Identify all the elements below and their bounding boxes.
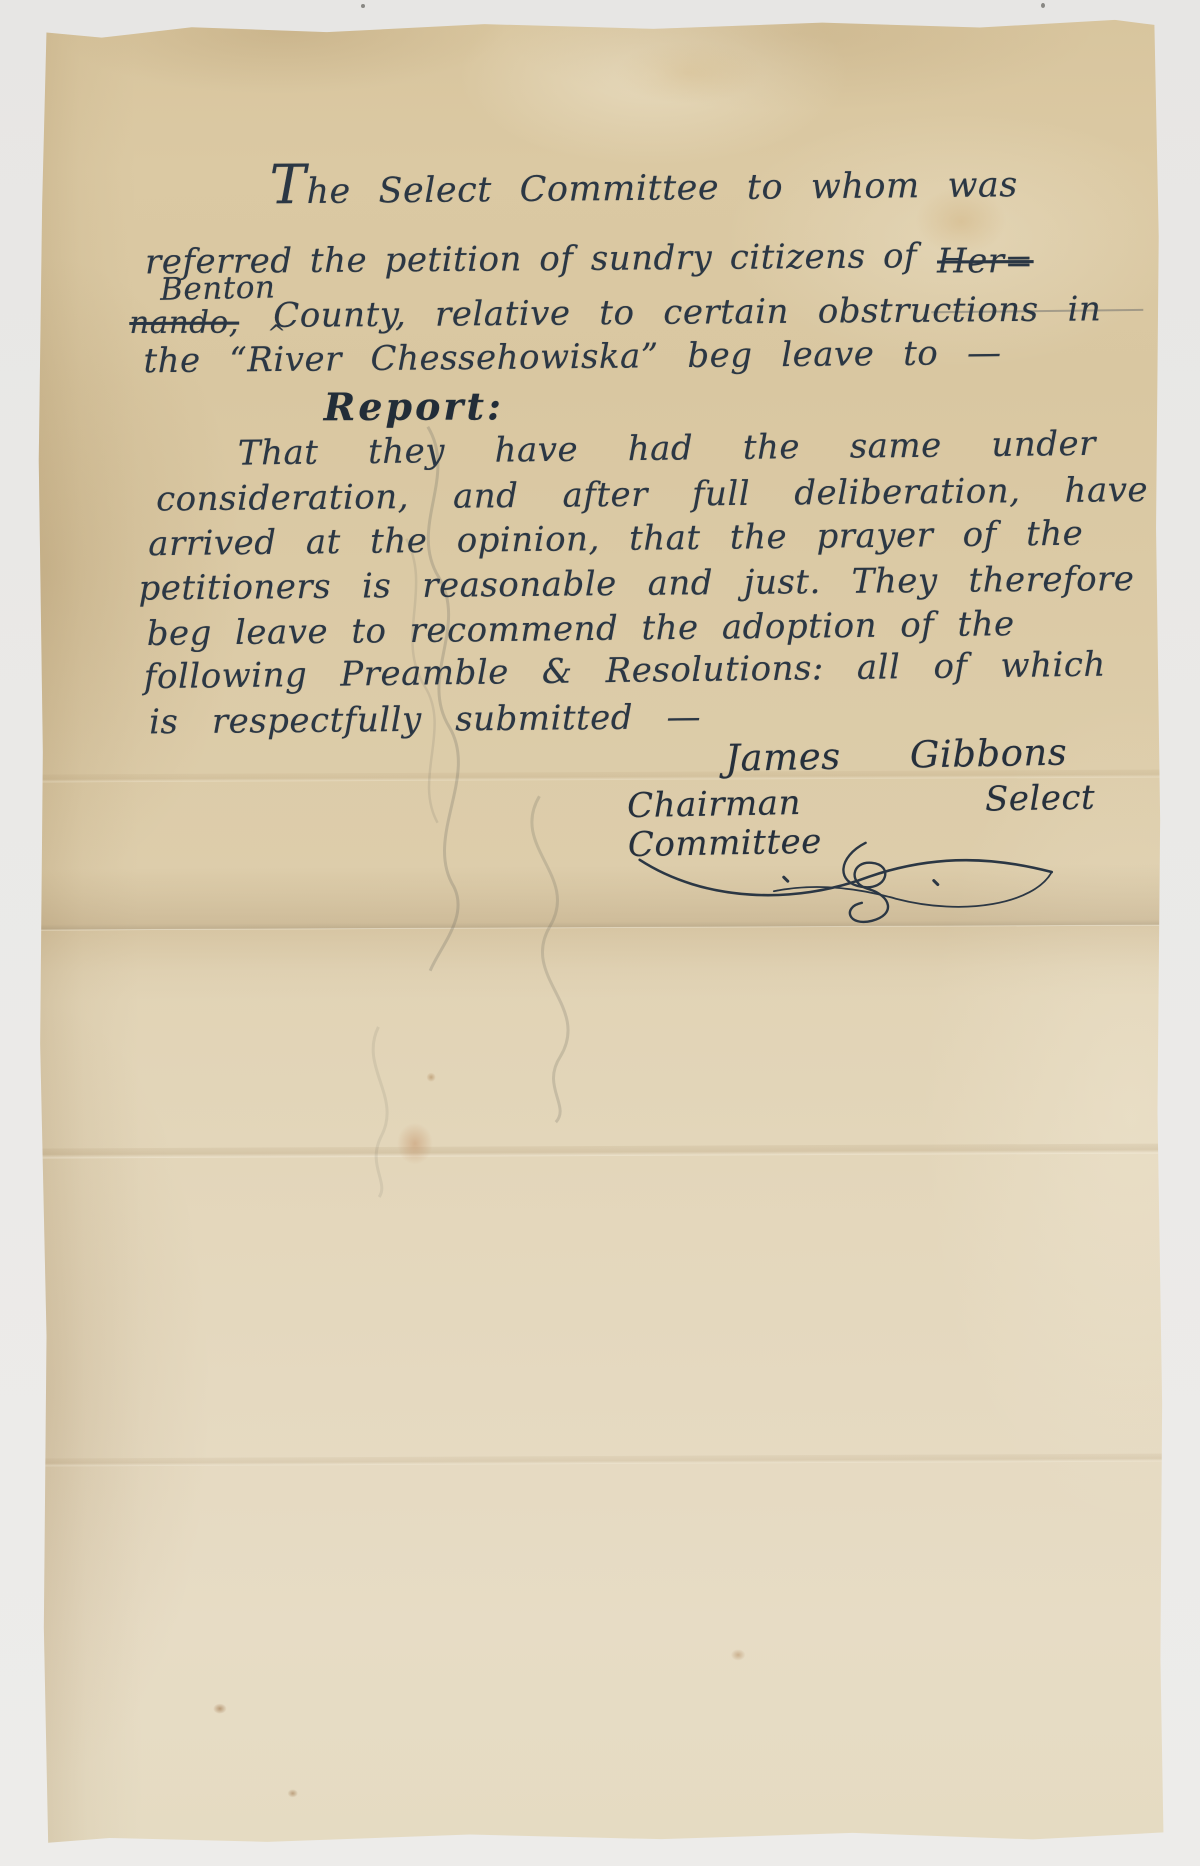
inserted-word-benton: Benton <box>160 270 276 308</box>
manuscript-line-3: County, relative to certain obstructions… <box>273 290 1101 336</box>
paper-stain <box>731 1649 745 1660</box>
background-speck <box>1041 3 1045 8</box>
manuscript-line-10: following Preamble & Resolutions: all of… <box>144 646 1106 698</box>
paper-stain <box>213 1704 226 1714</box>
flourish-stroke <box>843 843 888 922</box>
manuscript-line-5: That they have had the same under <box>238 425 1096 474</box>
bleedthrough-stroke <box>532 796 569 1122</box>
fold-crease <box>39 1144 1165 1159</box>
paper-stain <box>614 41 764 104</box>
ink-bleedthrough <box>318 1021 439 1202</box>
ink-bleedthrough <box>467 788 628 1129</box>
fold-crease <box>40 1454 1166 1467</box>
manuscript-line-1: The Select Committee to whom was <box>270 156 1018 212</box>
struck-word-hernando-part2: nando, <box>129 306 239 342</box>
signature-flourish <box>634 820 1075 947</box>
manuscript-line-6: consideration, and after full deliberati… <box>156 471 1148 520</box>
manuscript-paper: The Select Committee to whom was referre… <box>34 18 1168 1847</box>
manuscript-line-4: the “River Chessehowiska” beg leave to — <box>143 334 1001 381</box>
report-heading: Report: <box>324 384 504 428</box>
scan-background: The Select Committee to whom was referre… <box>0 0 1200 1866</box>
struck-word-hernando-part1: Her= <box>937 242 1034 282</box>
manuscript-line-11: is respectfully submitted — <box>149 698 701 742</box>
background-speck <box>361 4 365 8</box>
flourish-stroke <box>774 872 1052 908</box>
signature-name: James Gibbons <box>725 732 1068 781</box>
manuscript-line-8: petitioners is reasonable and just. They… <box>138 560 1134 609</box>
paper-stain <box>288 1789 298 1797</box>
bleedthrough-stroke <box>373 1027 387 1197</box>
manuscript-line-7: arrived at the opinion, that the prayer … <box>148 515 1083 565</box>
